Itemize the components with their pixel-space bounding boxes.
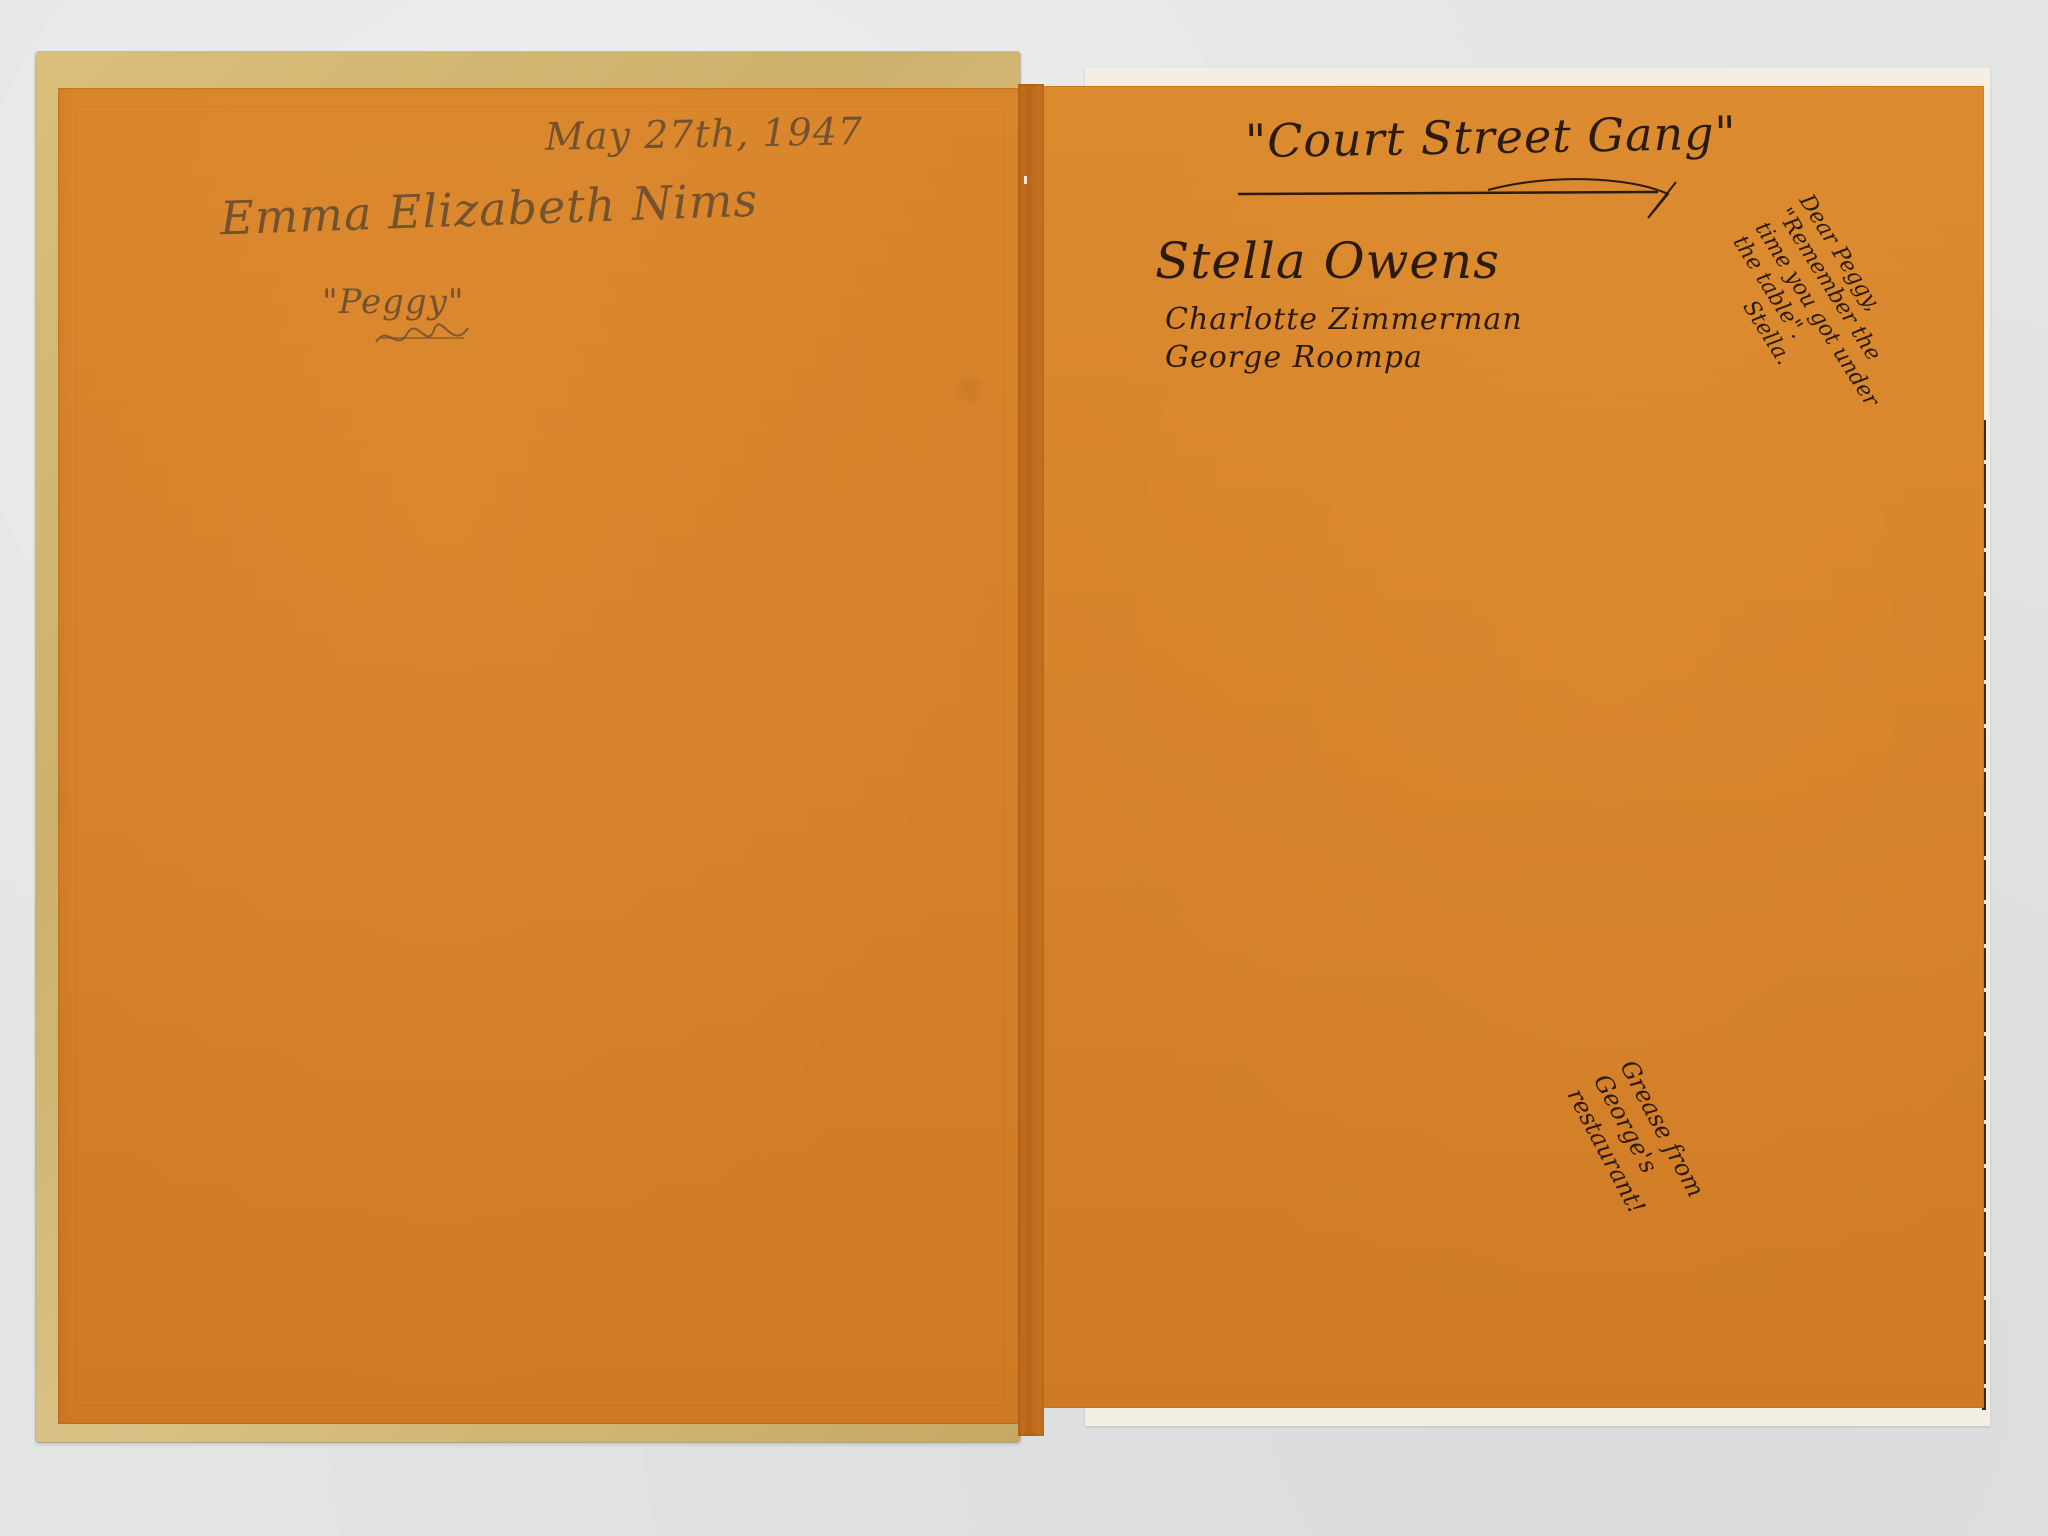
scribble-mark [372,322,472,354]
spine-gutter [1018,84,1044,1436]
paper-stain [955,375,983,403]
signature-1: Stella Owens [1155,232,1500,290]
signature-3: George Roompa [1165,340,1423,375]
title-underline-flourish [1228,172,1708,222]
signature-2: Charlotte Zimmerman [1165,302,1523,337]
inscription-title: "Court Street Gang" [1245,106,1738,169]
inscription-nickname: "Peggy" [322,282,465,322]
left-endpaper [58,88,1022,1424]
gutter-mark [1024,176,1027,184]
inscription-date: May 27th, 1947 [545,109,864,159]
